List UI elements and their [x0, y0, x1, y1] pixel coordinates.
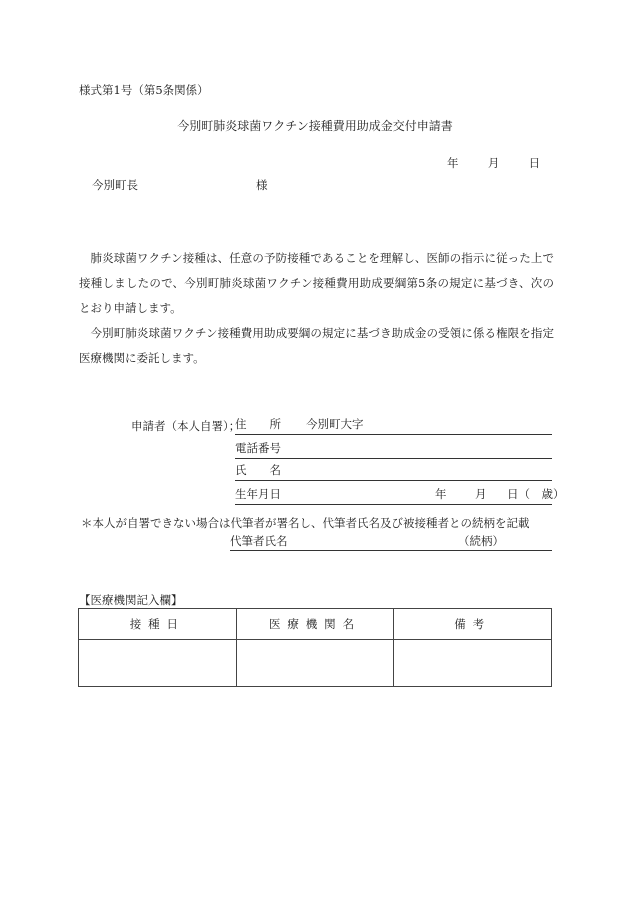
phone-field[interactable]: 電話番号 [235, 440, 552, 459]
name-field[interactable]: 氏 名 [235, 462, 552, 481]
address-label: 住 所 [235, 416, 281, 432]
addressee-name: 今別町長 [92, 177, 138, 193]
medical-institution-table: 接種日 医療機関名 備考 [78, 608, 552, 687]
column-vaccination-date: 接種日 [79, 609, 237, 640]
proxy-name-label: 代筆者氏名 [230, 533, 288, 549]
addressee-honorific: 様 [256, 177, 268, 193]
cell-institution-name[interactable] [236, 640, 394, 687]
column-remarks: 備考 [394, 609, 552, 640]
document-title: 今別町肺炎球菌ワクチン接種費用助成金交付申請書 [0, 117, 630, 134]
birthdate-label: 生年月日 [235, 486, 281, 502]
year-label: 年 [447, 155, 459, 171]
name-label: 氏 名 [235, 462, 281, 478]
form-number: 様式第1号（第5条関係） [79, 82, 209, 98]
address-value: 今別町大字 [306, 416, 364, 432]
cell-remarks[interactable] [394, 640, 552, 687]
applicant-label: 申請者（本人自署）； [131, 418, 240, 434]
address-field[interactable]: 住 所 今別町大字 [235, 416, 552, 435]
birth-day-age-label: 日（ 歳） [507, 486, 565, 502]
proxy-field[interactable]: 代筆者氏名 （続柄） [230, 533, 552, 551]
body-text: 肺炎球菌ワクチン接種は、任意の予防接種であることを理解し、医師の指示に従った上で… [79, 246, 554, 371]
table-row [79, 640, 552, 687]
birthdate-field[interactable]: 生年月日 年 月 日（ 歳） [235, 486, 552, 505]
birth-month-label: 月 [475, 486, 487, 502]
proxy-relation-label: （続柄） [458, 533, 504, 549]
day-label: 日 [529, 155, 541, 171]
phone-label: 電話番号 [235, 440, 281, 456]
medical-section-title: 【医療機関記入欄】 [79, 592, 183, 608]
table-header-row: 接種日 医療機関名 備考 [79, 609, 552, 640]
birth-year-label: 年 [435, 486, 447, 502]
proxy-note: ＊本人が自署できない場合は代筆者が署名し、代筆者氏名及び被接種者との続柄を記載 [81, 515, 530, 531]
month-label: 月 [488, 155, 500, 171]
body-paragraph-2: 今別町肺炎球菌ワクチン接種費用助成要綱の規定に基づき助成金の受領に係る権限を指定… [79, 321, 554, 371]
body-paragraph-1: 肺炎球菌ワクチン接種は、任意の予防接種であることを理解し、医師の指示に従った上で… [79, 246, 554, 321]
cell-vaccination-date[interactable] [79, 640, 237, 687]
date-line: 年 月 日 [447, 155, 540, 171]
column-institution-name: 医療機関名 [236, 609, 394, 640]
